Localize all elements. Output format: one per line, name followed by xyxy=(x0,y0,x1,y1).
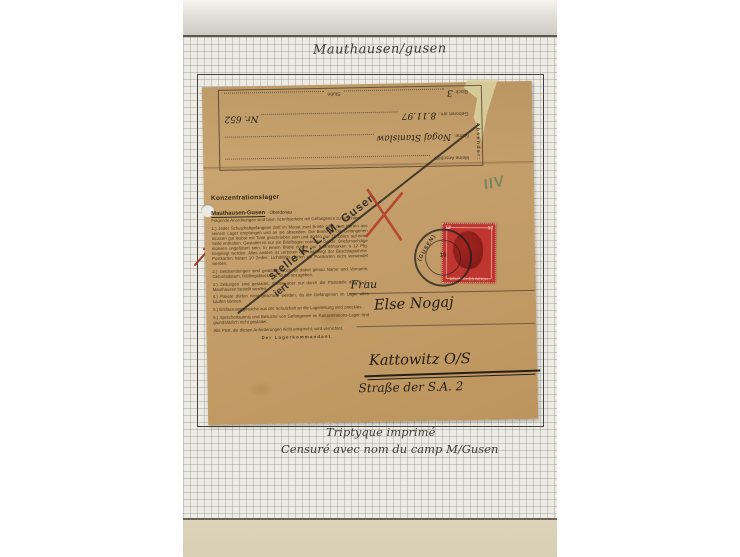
background-mat-top xyxy=(183,0,557,37)
address-salutation: Frau xyxy=(350,278,377,292)
rule-6: 6.) Sprecherlaubnis und Besuche von Gefa… xyxy=(213,312,369,325)
address-city: Kattowitz O/S xyxy=(369,351,471,369)
address-rule-line xyxy=(356,323,535,327)
stain xyxy=(247,381,273,397)
camp-letter-form: Absender: Meine Anschrift: Name: Nogaj S… xyxy=(202,81,538,425)
album-page-photo: Mauthausen/gusen Absender: Meine Anschri… xyxy=(183,0,557,557)
stube-label: Stube xyxy=(327,91,340,97)
block-label: Block xyxy=(456,88,468,94)
page-title: Mauthausen/gusen xyxy=(313,41,447,57)
rules-footer: Alle Post, die diesen Anforderungen nich… xyxy=(213,325,369,333)
born-label: Geboren am: xyxy=(439,110,468,117)
address-name: Else Nogaj xyxy=(374,295,454,314)
green-pencil-mark: IIV xyxy=(483,173,505,194)
stamp-value-right: 12 xyxy=(488,225,494,231)
letterhead-line3: Oberdonau xyxy=(269,209,292,214)
caption-line2: Censuré avec nom du camp M/Gusen xyxy=(281,442,498,456)
commandant-signature: Der Lagerkommandant. xyxy=(262,333,370,340)
prisoner-number-handwriting: Nr. 652 xyxy=(224,114,258,123)
background-mat-bottom xyxy=(183,520,557,557)
red-pencil-x-mark xyxy=(360,183,411,246)
address-street: Straße der S.A. 2 xyxy=(358,379,463,395)
birthdate-handwriting: 8.11.97 xyxy=(402,111,437,120)
caption-line1: Triptyque imprimé xyxy=(326,425,435,439)
postmark-date: 10 xyxy=(416,252,470,259)
block-number-handwriting: 3 xyxy=(447,88,453,96)
absender-label: Absender: xyxy=(475,123,482,161)
